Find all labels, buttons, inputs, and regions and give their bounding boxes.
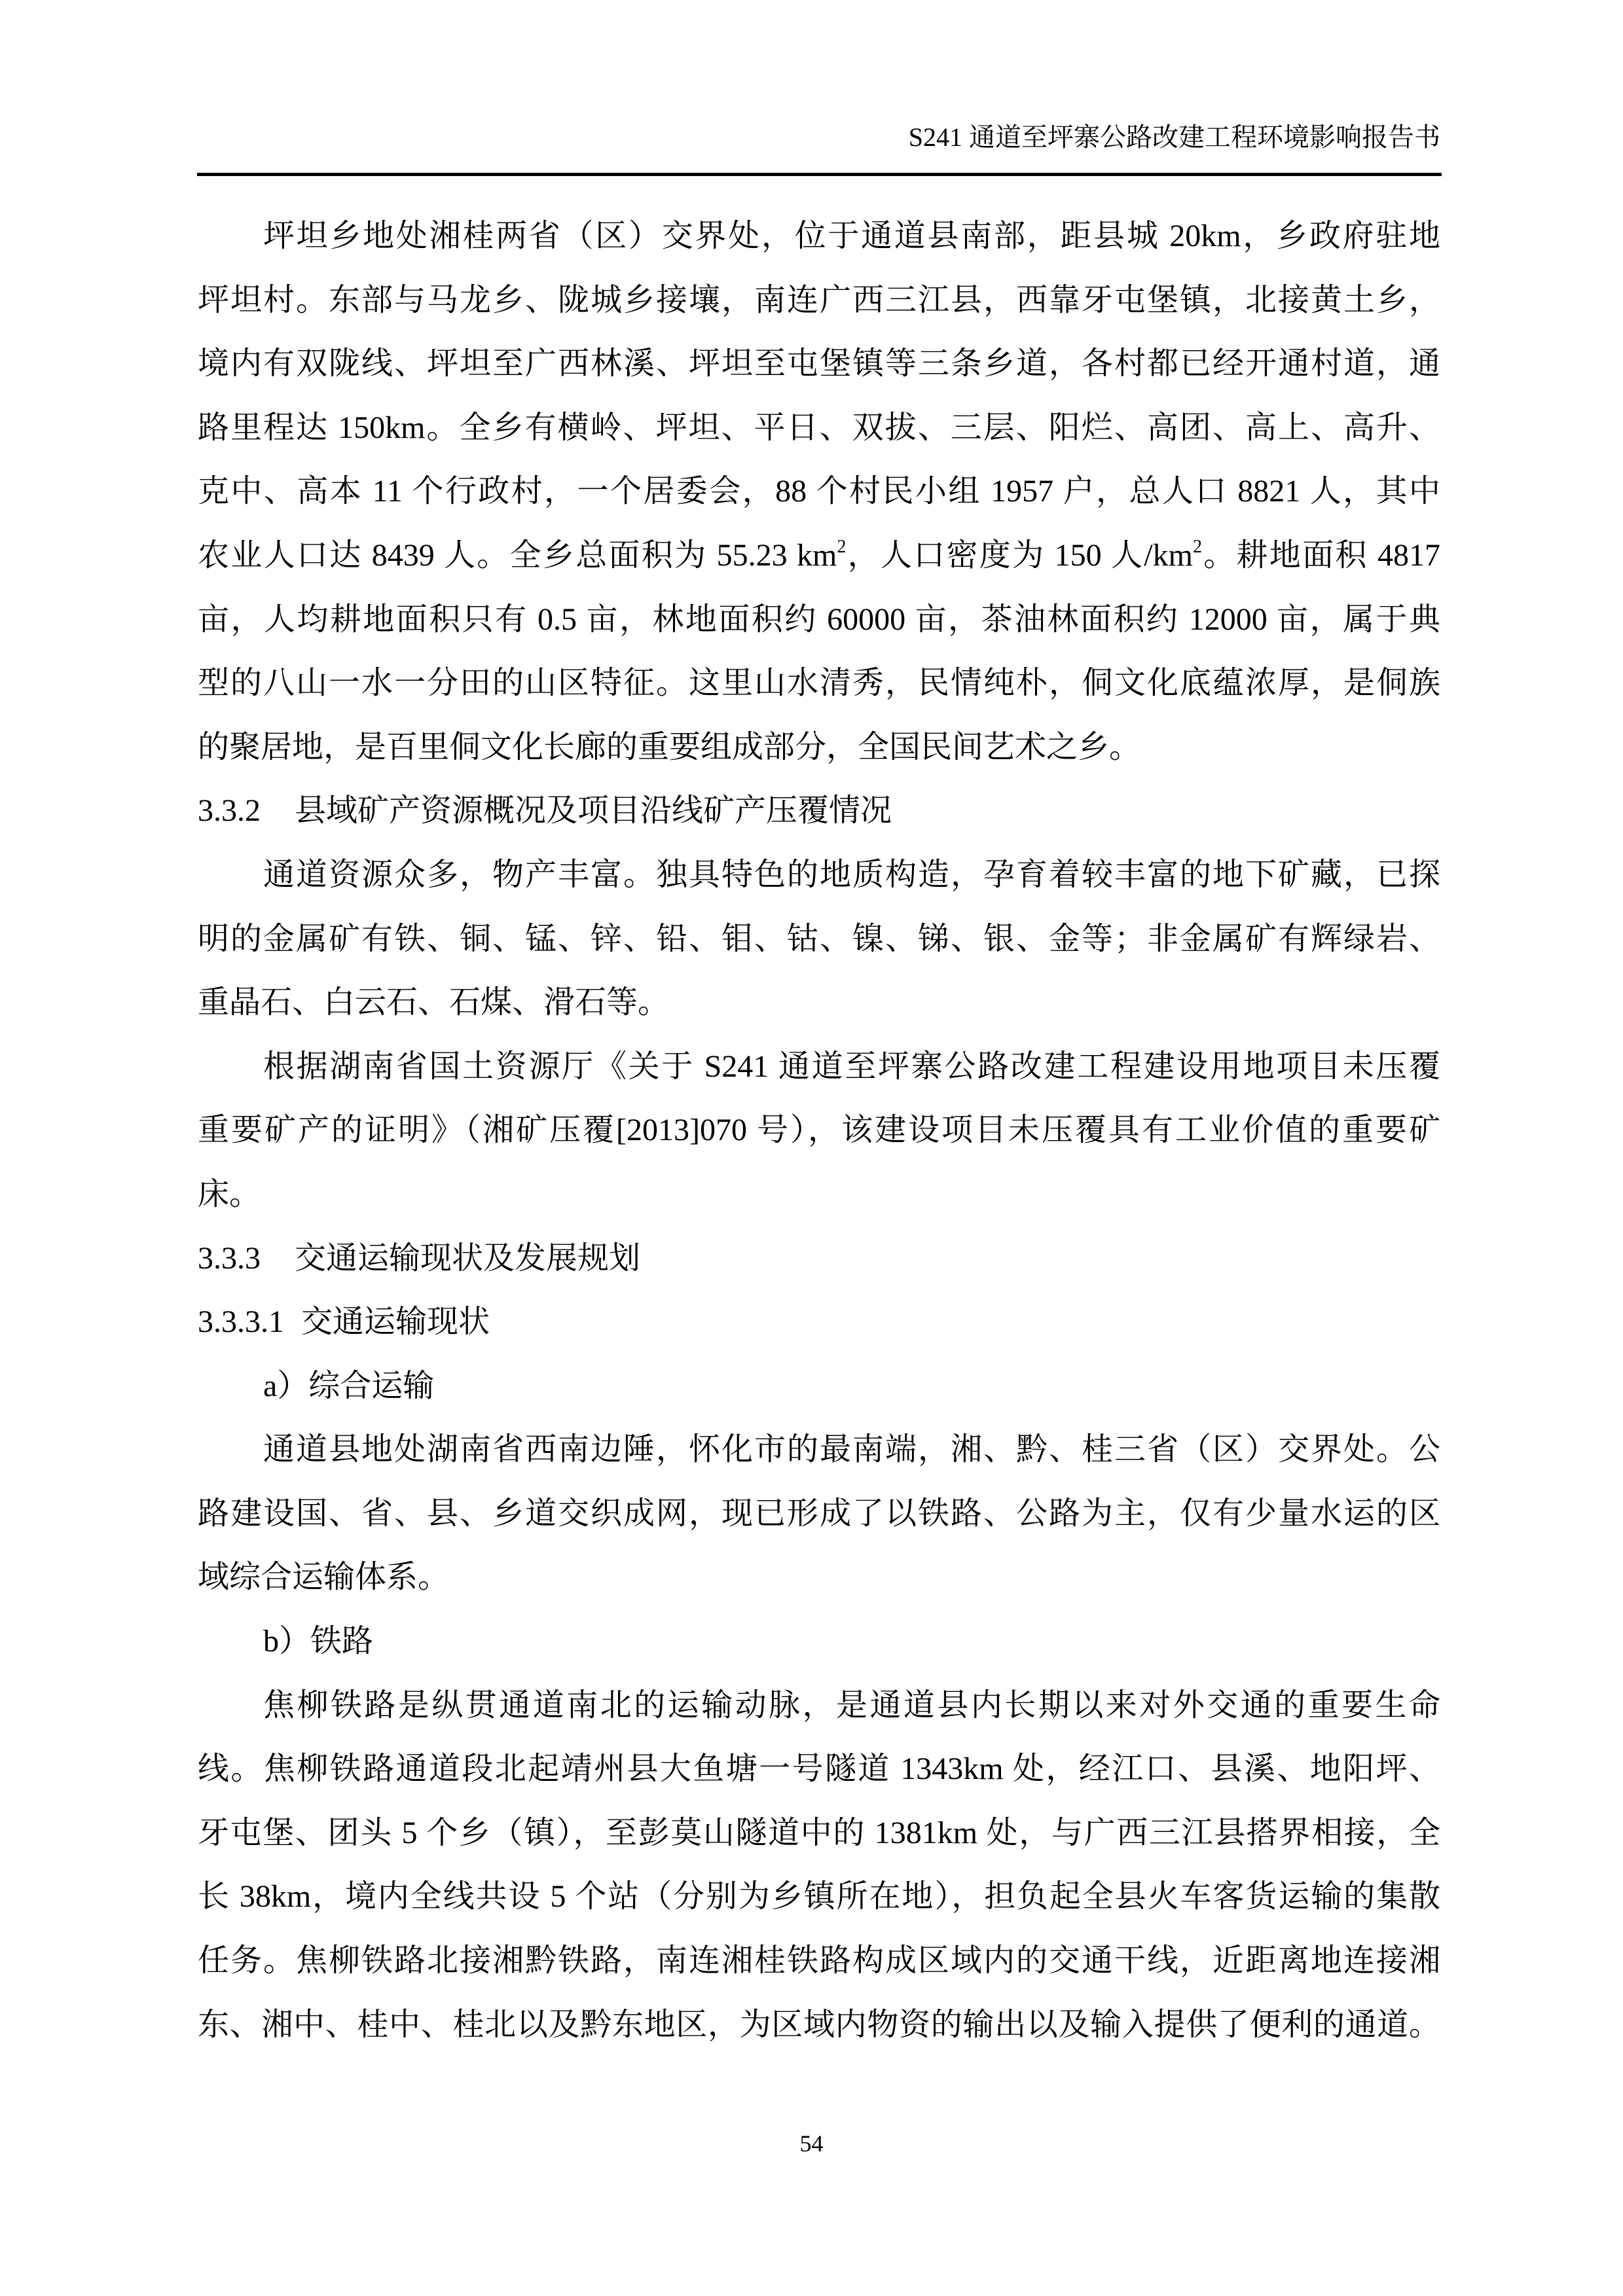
- superscript: 2: [837, 537, 846, 557]
- paragraph-comprehensive-transport: 通道县地处湖南省西南边陲，怀化市的最南端，湘、黔、桂三省（区）交界处。公 路建设…: [198, 1418, 1440, 1609]
- text-line: 亩，人均耕地面积只有 0.5 亩，林地面积约 60000 亩，茶油林面积约 12…: [198, 588, 1440, 652]
- text-line: 根据湖南省国土资源厅《关于 S241 通道至坪寨公路改建工程建设用地项目未压覆: [198, 1035, 1440, 1099]
- text-line: 牙屯堡、团头 5 个乡（镇），至彭莫山隧道中的 1381km 处，与广西三江县搭…: [198, 1801, 1440, 1865]
- section-number: 3.3.2: [198, 779, 261, 843]
- text-line: 明的金属矿有铁、铜、锰、锌、铅、钼、钴、镍、锑、银、金等；非金属矿有辉绿岩、: [198, 907, 1440, 971]
- section-number: 3.3.3.1: [198, 1290, 284, 1354]
- text-line: 克中、高本 11 个行政村，一个居委会，88 个村民小组 1957 户，总人口 …: [198, 459, 1440, 524]
- text-segment: ，人口密度为 150 人/km: [846, 538, 1193, 573]
- paragraph-railway: 焦柳铁路是纵贯通道南北的运输动脉，是通道县内长期以来对外交通的重要生命 线。焦柳…: [198, 1674, 1440, 2057]
- text-segment: 。耕地面积 4817: [1202, 538, 1440, 573]
- section-title: 县域矿产资源概况及项目沿线矿产压覆情况: [295, 793, 892, 828]
- text-line: 的聚居地，是百里侗文化长廊的重要组成部分，全国民间艺术之乡。: [198, 715, 1440, 780]
- header-rule: [197, 173, 1442, 176]
- document-body: 坪坦乡地处湘桂两省（区）交界处，位于通道县南部，距县城 20km，乡政府驻地 坪…: [198, 204, 1440, 2056]
- text-line: 东、湘中、桂中、桂北以及黔东地区，为区域内物资的输出以及输入提供了便利的通道。: [198, 1993, 1440, 2057]
- text-line: 坪坦乡地处湘桂两省（区）交界处，位于通道县南部，距县城 20km，乡政府驻地: [198, 204, 1440, 268]
- text-line: 域综合运输体系。: [198, 1545, 1440, 1609]
- text-segment: 农业人口达 8439 人。全乡总面积为 55.23 km: [198, 538, 837, 573]
- section-heading-3-3-2: 3.3.2县域矿产资源概况及项目沿线矿产压覆情况: [198, 779, 1440, 843]
- text-line: 焦柳铁路是纵贯通道南北的运输动脉，是通道县内长期以来对外交通的重要生命: [198, 1674, 1440, 1738]
- subheading-railway: b）铁路: [198, 1609, 1440, 1674]
- section-heading-3-3-3: 3.3.3交通运输现状及发展规划: [198, 1227, 1440, 1291]
- text-line: 任务。焦柳铁路北接湘黔铁路，南连湘桂铁路构成区域内的交通干线，近距离地连接湘: [198, 1929, 1440, 1993]
- paragraph-mineral-certificate: 根据湖南省国土资源厅《关于 S241 通道至坪寨公路改建工程建设用地项目未压覆 …: [198, 1035, 1440, 1227]
- page-number: 54: [0, 2127, 1623, 2160]
- text-line: 通道资源众多，物产丰富。独具特色的地质构造，孕育着较丰富的地下矿藏，已探: [198, 843, 1440, 907]
- text-line: 路建设国、省、县、乡道交织成网，现已形成了以铁路、公路为主，仅有少量水运的区: [198, 1482, 1440, 1546]
- text-line: 农业人口达 8439 人。全乡总面积为 55.23 km2，人口密度为 150 …: [198, 524, 1440, 588]
- text-line: 线。焦柳铁路通道段北起靖州县大鱼塘一号隧道 1343km 处，经江口、县溪、地阳…: [198, 1737, 1440, 1801]
- text-line: 重晶石、白云石、石煤、滑石等。: [198, 971, 1440, 1035]
- text-line: 路里程达 150km。全乡有横岭、坪坦、平日、双拔、三层、阳烂、高团、高上、高升…: [198, 396, 1440, 460]
- paragraph-mineral-resources: 通道资源众多，物产丰富。独具特色的地质构造，孕育着较丰富的地下矿藏，已探 明的金…: [198, 843, 1440, 1035]
- text-line: 坪坦村。东部与马龙乡、陇城乡接壤，南连广西三江县，西靠牙屯堡镇，北接黄土乡，: [198, 268, 1440, 332]
- text-line: 床。: [198, 1162, 1440, 1227]
- section-number: 3.3.3: [198, 1227, 261, 1291]
- text-line: 型的八山一水一分田的山区特征。这里山水清秀，民情纯朴，侗文化底蕴浓厚，是侗族: [198, 651, 1440, 715]
- section-title: 交通运输现状及发展规划: [295, 1241, 640, 1276]
- section-title: 交通运输现状: [301, 1304, 490, 1339]
- text-line: 境内有双陇线、坪坦至广西林溪、坪坦至屯堡镇等三条乡道，各村都已经开通村道，通: [198, 332, 1440, 396]
- text-line: 通道县地处湖南省西南边陲，怀化市的最南端，湘、黔、桂三省（区）交界处。公: [198, 1418, 1440, 1482]
- subheading-comprehensive-transport: a）综合运输: [198, 1354, 1440, 1418]
- section-heading-3-3-3-1: 3.3.3.1交通运输现状: [198, 1290, 1440, 1354]
- paragraph-pingtan-township: 坪坦乡地处湘桂两省（区）交界处，位于通道县南部，距县城 20km，乡政府驻地 坪…: [198, 204, 1440, 779]
- running-header-title: S241 通道至坪寨公路改建工程环境影响报告书: [909, 118, 1440, 157]
- text-line: 长 38km，境内全线共设 5 个站（分别为乡镇所在地），担负起全县火车客货运输…: [198, 1865, 1440, 1929]
- superscript: 2: [1193, 537, 1202, 557]
- text-line: 重要矿产的证明》（湘矿压覆[2013]070 号），该建设项目未压覆具有工业价值…: [198, 1098, 1440, 1162]
